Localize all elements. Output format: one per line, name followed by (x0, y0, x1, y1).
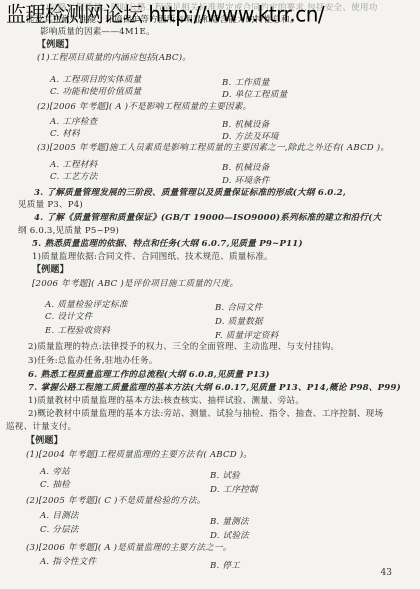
text-line: C. 工艺方法 (50, 172, 98, 183)
text-line: [2006 年考题]( ABC )是评价项目施工质量的尺度。 (32, 279, 238, 290)
text-line: A. 旁站 (40, 467, 70, 478)
text-line: D. 质量数据 (215, 317, 263, 328)
text-line: B. 工作质量 (222, 78, 270, 89)
watermark-overlay: 监理检测网论坛 http://www.ktrr.cn/ (6, 1, 324, 26)
text-line: 影响质量的因素——4M1E。 (40, 27, 155, 38)
text-line: A. 工序检查 (50, 117, 97, 128)
textbook-page: 2)公路工程质量。同时公路工程满足相关标准规定或合同约定的要求,包括安全、使用功… (0, 0, 420, 589)
page-number: 43 (381, 568, 392, 578)
text-line: A. 工程项目的实体质量 (50, 75, 141, 86)
text-line: D. 方法及环境 (222, 132, 279, 143)
text-line: D. 单位工程质量 (222, 90, 287, 101)
text-line: B. 量测法 (210, 517, 249, 528)
text-line: 3. 了解质量管理发展的三阶段、质量管理以及质量保证标准的形成(大纲 6.0.2… (34, 188, 346, 199)
text-line: B. 合同文件 (215, 303, 263, 314)
text-line: C. 设计文件 (45, 312, 93, 323)
text-line: B. 试验 (210, 471, 240, 482)
text-line: (1)工程项目质量的内涵应包括(ABC)。 (37, 53, 191, 64)
text-line: D. 试验法 (210, 531, 249, 542)
example-heading: 【例题】 (32, 265, 69, 276)
text-line: (2)[2006 年考题]( A )不是影响工程质量的主要因素。 (37, 102, 251, 113)
text-line: 纲 6.0.3,见质量 P5~P9) (18, 226, 119, 237)
text-line: 2)概论教材中质量监理的基本方法:旁站、测量、试验与抽检、指令、抽查、工序控制、… (28, 409, 383, 420)
text-line: C. 抽检 (40, 480, 70, 491)
example-heading: 【例题】 (37, 40, 74, 51)
text-line: D. 环境条件 (222, 176, 270, 187)
text-line: B. 机械设备 (222, 163, 270, 174)
text-line: D. 工序控制 (210, 485, 258, 496)
text-line: 1)质量监理依据:合同文件、合同图纸、技术规范、质量标准。 (32, 252, 273, 263)
text-line: A. 指令性文件 (40, 557, 96, 568)
text-line: (3)[2005 年考题]施工人员素质是影响工程质量的主要因素之一,除此之外还有… (37, 143, 389, 154)
text-line: 6. 熟悉工程质量监理工作的总流程(大纲 6.0.8,见质量 P13) (28, 370, 270, 381)
text-line: B. 机械设备 (222, 120, 270, 131)
text-line: 巡视、计量支付。 (6, 422, 76, 433)
text-line: (2)[2005 年考题]( C )不是质量检验的方法。 (26, 496, 206, 507)
text-line: A. 质量检验评定标准 (45, 300, 128, 311)
text-line: 7. 掌握公路工程施工质量监理的基本方法(大纲 6.0.17,见质量 P13、P… (28, 383, 401, 394)
text-line: A. 工程材料 (50, 160, 97, 171)
text-line: 1)质量教材中质量监理的基本方法:核查核实、抽样试验、测量、旁站。 (28, 396, 304, 407)
text-line: A. 目测法 (40, 511, 79, 522)
text-line: 见质量 P3、P4) (18, 200, 83, 211)
text-line: 2)质量监理的特点:法律授予的权力、三全的全面管理、主动监理、与支付挂钩。 (28, 342, 339, 353)
text-line: 5. 熟悉质量监理的依据、特点和任务(大纲 6.0.7,见质量 P9~P11) (32, 239, 303, 250)
text-line: C. 材料 (50, 129, 80, 140)
text-line: C. 分层法 (40, 525, 79, 536)
example-heading: 【例题】 (26, 436, 63, 447)
text-line: B. 停工 (210, 561, 240, 572)
text-line: F. 质量评定资料 (215, 331, 278, 342)
text-line: C. 功能和使用价值质量 (50, 87, 141, 98)
text-line: 3)任务:总监办任务,驻地办任务。 (28, 356, 158, 367)
text-line: E. 工程验收资料 (45, 326, 110, 337)
text-line: (3)[2006 年考题]( A )是质量监理的主要方法之一。 (26, 543, 232, 554)
text-line: 4. 了解《质量管理和质量保证》(GB/T 19000—ISO9000)系列标准… (34, 213, 381, 224)
text-line: (1)[2004 年考题]工程质量监理的主要方法有( ABCD )。 (26, 450, 252, 461)
